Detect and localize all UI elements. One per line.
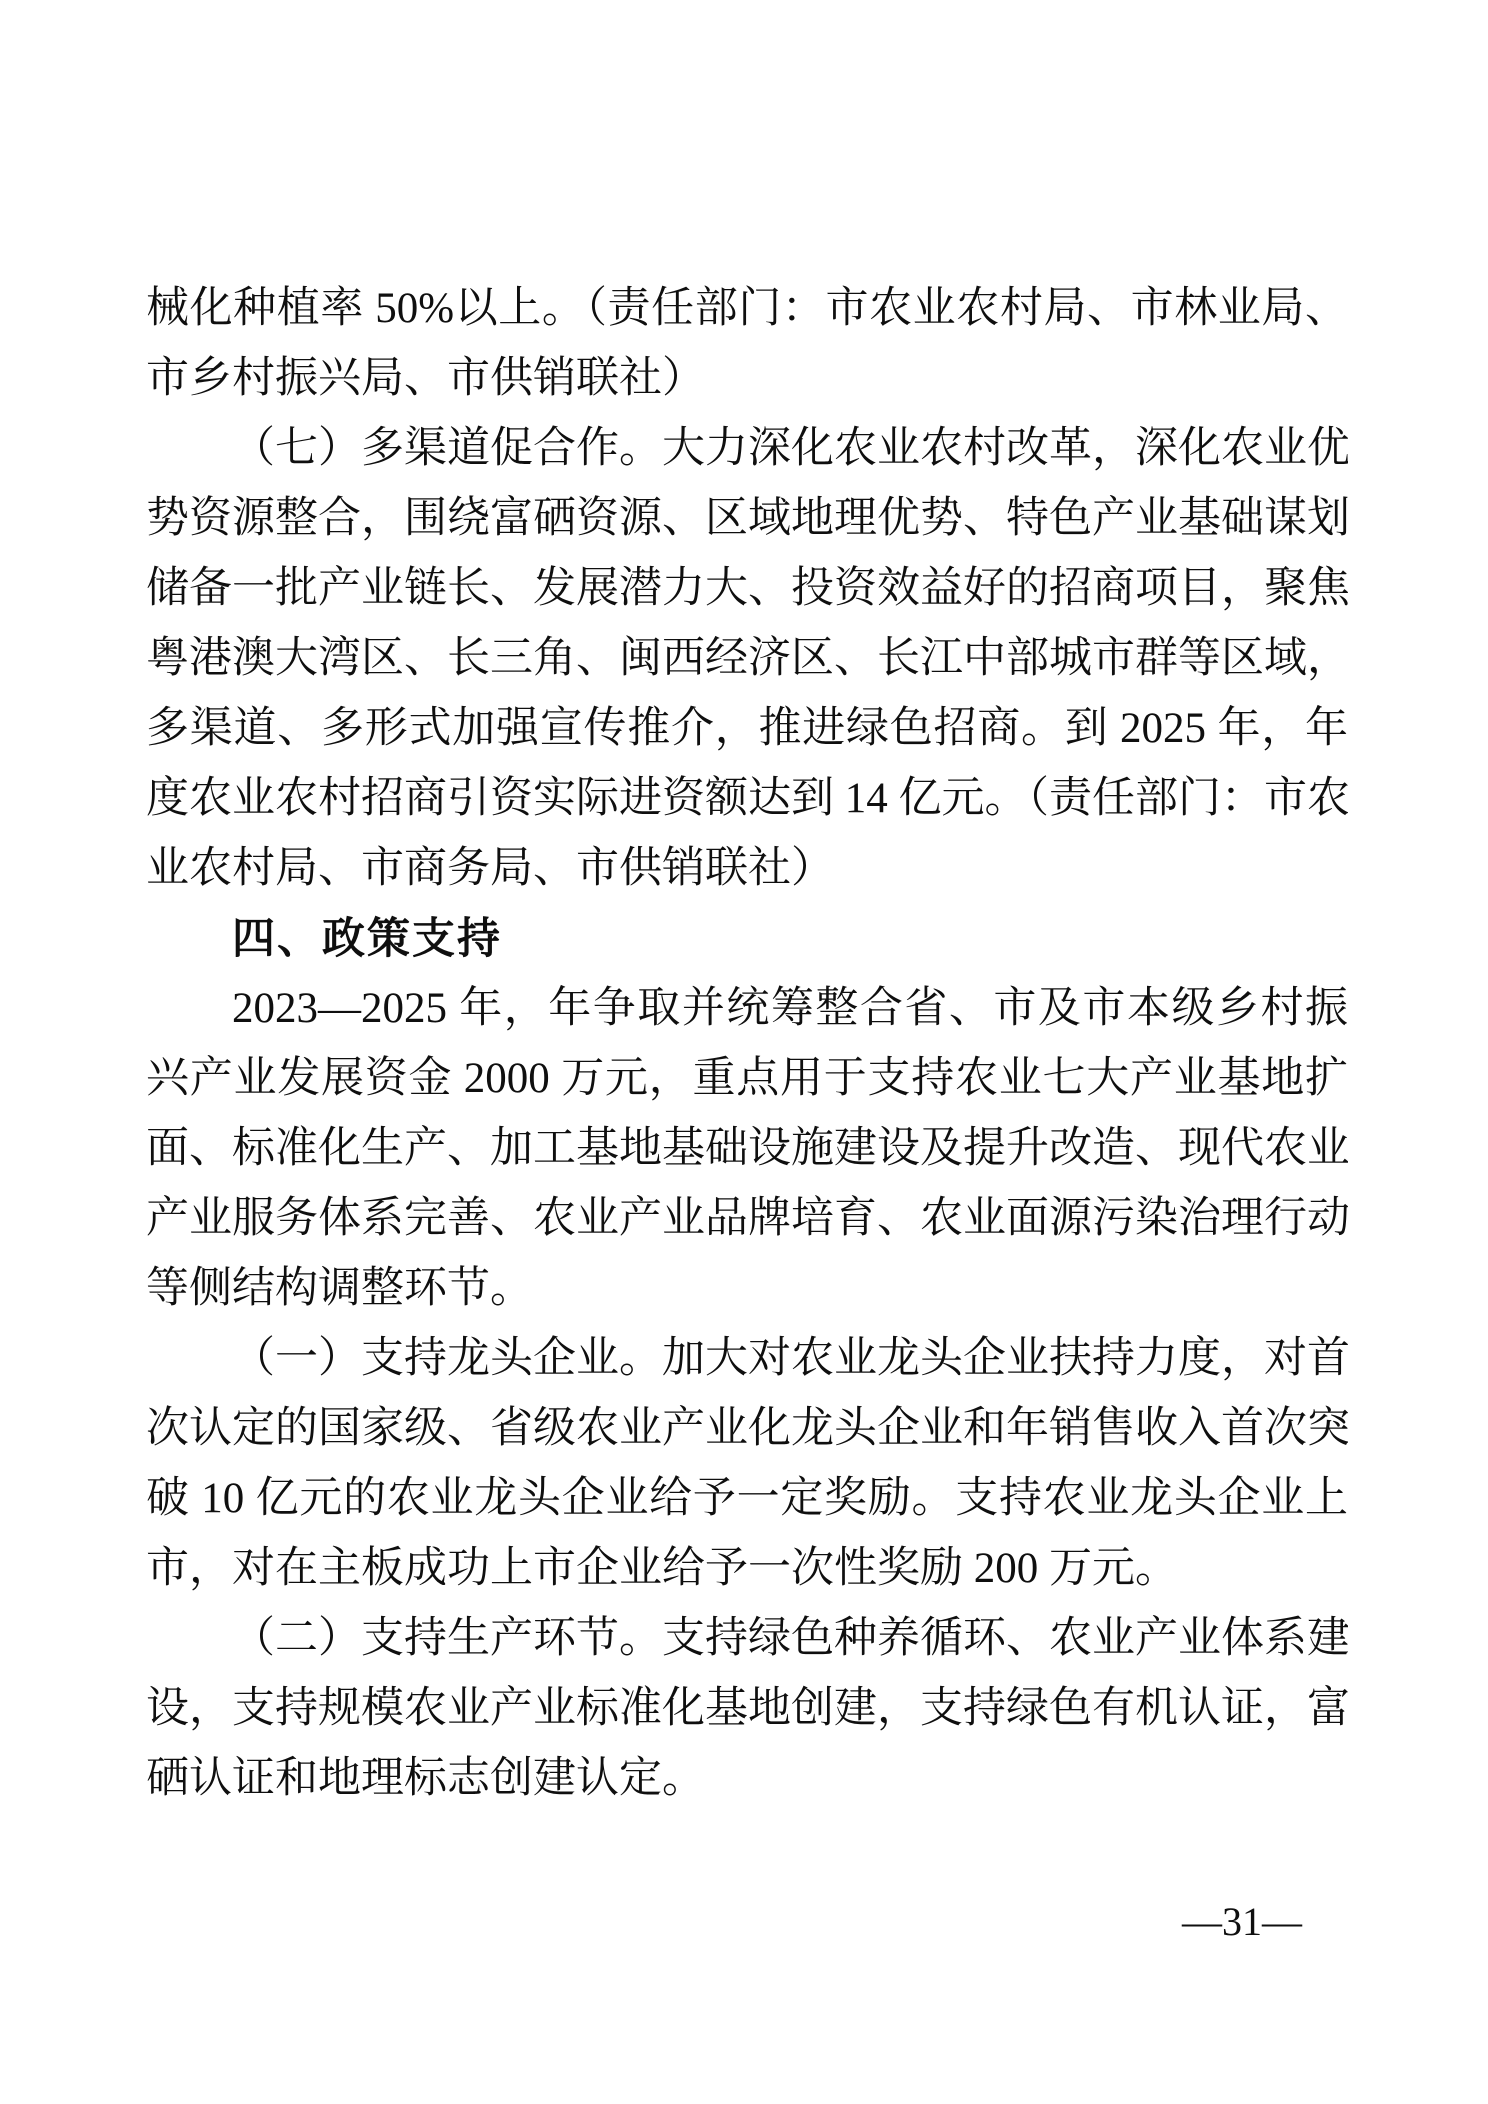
page-number: —31— [1182,1898,1302,1946]
text-line: 业农村局、市商务局、市供销联社） [146,834,1348,904]
text-line: 储备一批产业链长、发展潜力大、投资效益好的招商项目，聚焦 [146,554,1348,624]
text-line: 破 10 亿元的农业龙头企业给予一定奖励。支持农业龙头企业上 [146,1464,1348,1534]
document-page: 械化种植率 50%以上。（责任部门：市农业农村局、市林业局、 市乡村振兴局、市供… [0,0,1488,2104]
text-line: 度农业农村招商引资实际进资额达到 14 亿元。（责任部门：市农 [146,764,1348,834]
text-line: 粤港澳大湾区、长三角、闽西经济区、长江中部城市群等区域， [146,624,1348,694]
section-heading: 四、政策支持 [146,904,1348,974]
text-line: 硒认证和地理标志创建认定。 [146,1744,1348,1814]
text-line: 2023—2025 年，年争取并统筹整合省、市及市本级乡村振 [146,974,1348,1044]
text-line: 产业服务体系完善、农业产业品牌培育、农业面源污染治理行动 [146,1184,1348,1254]
text-line: 面、标准化生产、加工基地基础设施建设及提升改造、现代农业 [146,1114,1348,1184]
text-line: 械化种植率 50%以上。（责任部门：市农业农村局、市林业局、 [146,274,1348,344]
text-line: 势资源整合，围绕富硒资源、区域地理优势、特色产业基础谋划 [146,484,1348,554]
text-line: 等侧结构调整环节。 [146,1254,1348,1324]
body-text-block: 械化种植率 50%以上。（责任部门：市农业农村局、市林业局、 市乡村振兴局、市供… [146,274,1348,1814]
text-line: 设，支持规模农业产业标准化基地创建，支持绿色有机认证，富 [146,1674,1348,1744]
text-line: 多渠道、多形式加强宣传推介，推进绿色招商。到 2025 年，年 [146,694,1348,764]
text-line: （二）支持生产环节。支持绿色种养循环、农业产业体系建 [146,1604,1348,1674]
text-line: 市，对在主板成功上市企业给予一次性奖励 200 万元。 [146,1534,1348,1604]
text-line: （七）多渠道促合作。大力深化农业农村改革，深化农业优 [146,414,1348,484]
text-line: 市乡村振兴局、市供销联社） [146,344,1348,414]
text-line: （一）支持龙头企业。加大对农业龙头企业扶持力度，对首 [146,1324,1348,1394]
text-line: 次认定的国家级、省级农业产业化龙头企业和年销售收入首次突 [146,1394,1348,1464]
text-line: 兴产业发展资金 2000 万元，重点用于支持农业七大产业基地扩 [146,1044,1348,1114]
